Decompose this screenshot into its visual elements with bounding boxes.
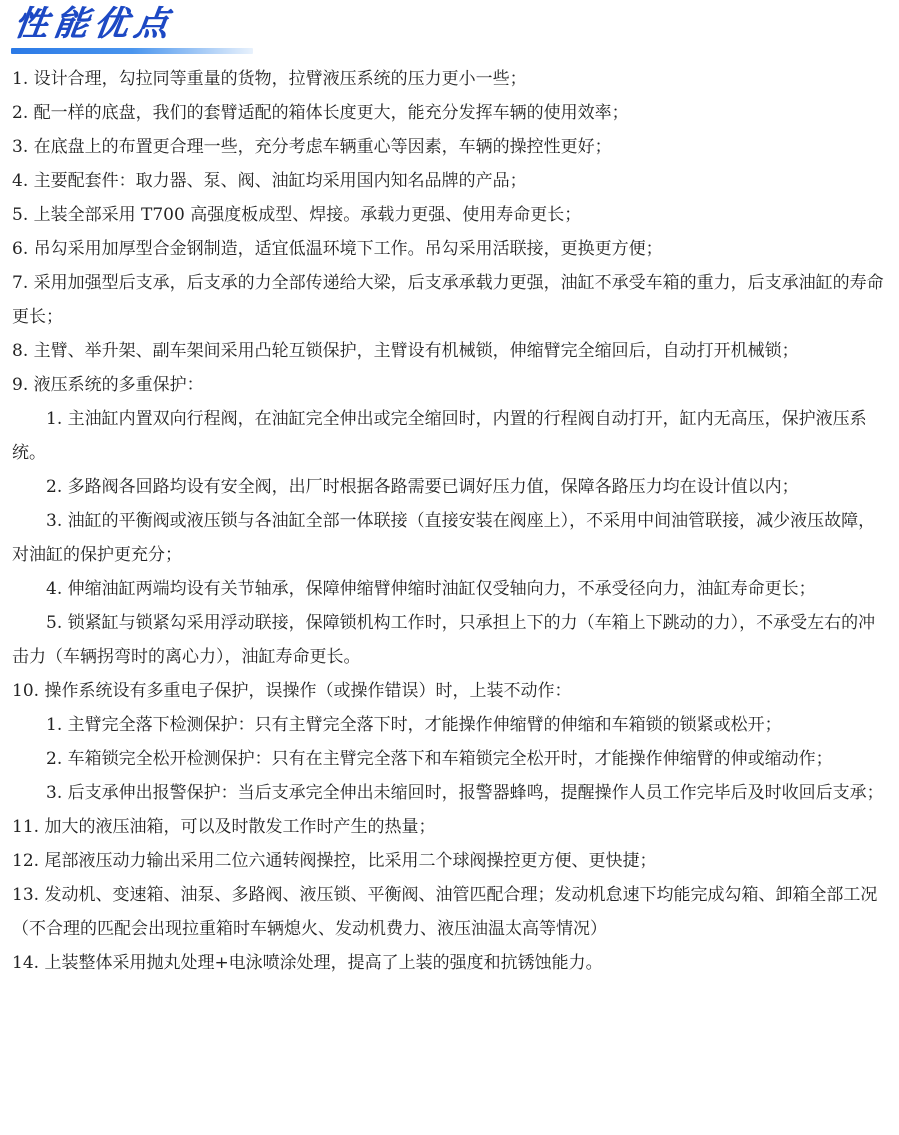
sub-list-item: 3. 油缸的平衡阀或液压锁与各油缸全部一体联接（直接安装在阀座上），不采用中间油… — [12, 504, 888, 572]
sub-list-item: 3. 后支承伸出报警保护：当后支承完全伸出未缩回时，报警器蜂鸣，提醒操作人员工作… — [12, 776, 888, 810]
list-item: 2. 配一样的底盘，我们的套臂适配的箱体长度更大，能充分发挥车辆的使用效率； — [12, 96, 888, 130]
sub-list-item: 1. 主臂完全落下检测保护：只有主臂完全落下时，才能操作伸缩臂的伸缩和车箱锁的锁… — [12, 708, 888, 742]
sub-list-item: 2. 多路阀各回路均设有安全阀，出厂时根据各路需要已调好压力值，保障各路压力均在… — [12, 470, 888, 504]
sub-list-item: 5. 锁紧缸与锁紧勾采用浮动联接，保障锁机构工作时，只承担上下的力（车箱上下跳动… — [12, 606, 888, 674]
list-item: 5. 上装全部采用 T700 高强度板成型、焊接。承载力更强、使用寿命更长； — [12, 198, 888, 232]
list-item: 14. 上装整体采用抛丸处理+电泳喷涂处理，提高了上装的强度和抗锈蚀能力。 — [12, 946, 888, 980]
list-item: 1. 设计合理，勾拉同等重量的货物，拉臂液压系统的压力更小一些； — [12, 62, 888, 96]
list-item: 3. 在底盘上的布置更合理一些，充分考虑车辆重心等因素，车辆的操控性更好； — [12, 130, 888, 164]
list-item: 6. 吊勾采用加厚型合金钢制造，适宜低温环境下工作。吊勾采用活联接，更换更方便； — [12, 232, 888, 266]
sub-list-item: 2. 车箱锁完全松开检测保护：只有在主臂完全落下和车箱锁完全松开时，才能操作伸缩… — [12, 742, 888, 776]
list-item: 10. 操作系统设有多重电子保护，误操作（或操作错误）时，上装不动作： — [12, 674, 888, 708]
list-item: 7. 采用加强型后支承，后支承的力全部传递给大梁，后支承承载力更强，油缸不承受车… — [12, 266, 888, 334]
section-title: 性能优点 — [11, 4, 263, 44]
sub-list-item: 1. 主油缸内置双向行程阀，在油缸完全伸出或完全缩回时，内置的行程阀自动打开，缸… — [12, 402, 888, 470]
title-underline — [11, 48, 253, 54]
list-item: 4. 主要配套件：取力器、泵、阀、油缸均采用国内知名品牌的产品； — [12, 164, 888, 198]
section-header: 性能优点 — [10, 4, 260, 56]
sub-list-item: 4. 伸缩油缸两端均设有关节轴承，保障伸缩臂伸缩时油缸仅受轴向力，不承受径向力，… — [12, 572, 888, 606]
list-item: 13. 发动机、变速箱、油泵、多路阀、液压锁、平衡阀、油管匹配合理；发动机怠速下… — [12, 878, 888, 946]
list-item: 9. 液压系统的多重保护： — [12, 368, 888, 402]
feature-list: 1. 设计合理，勾拉同等重量的货物，拉臂液压系统的压力更小一些； 2. 配一样的… — [12, 62, 888, 980]
list-item: 11. 加大的液压油箱，可以及时散发工作时产生的热量； — [12, 810, 888, 844]
list-item: 8. 主臂、举升架、副车架间采用凸轮互锁保护，主臂设有机械锁，伸缩臂完全缩回后，… — [12, 334, 888, 368]
list-item: 12. 尾部液压动力输出采用二位六通转阀操控，比采用二个球阀操控更方便、更快捷； — [12, 844, 888, 878]
